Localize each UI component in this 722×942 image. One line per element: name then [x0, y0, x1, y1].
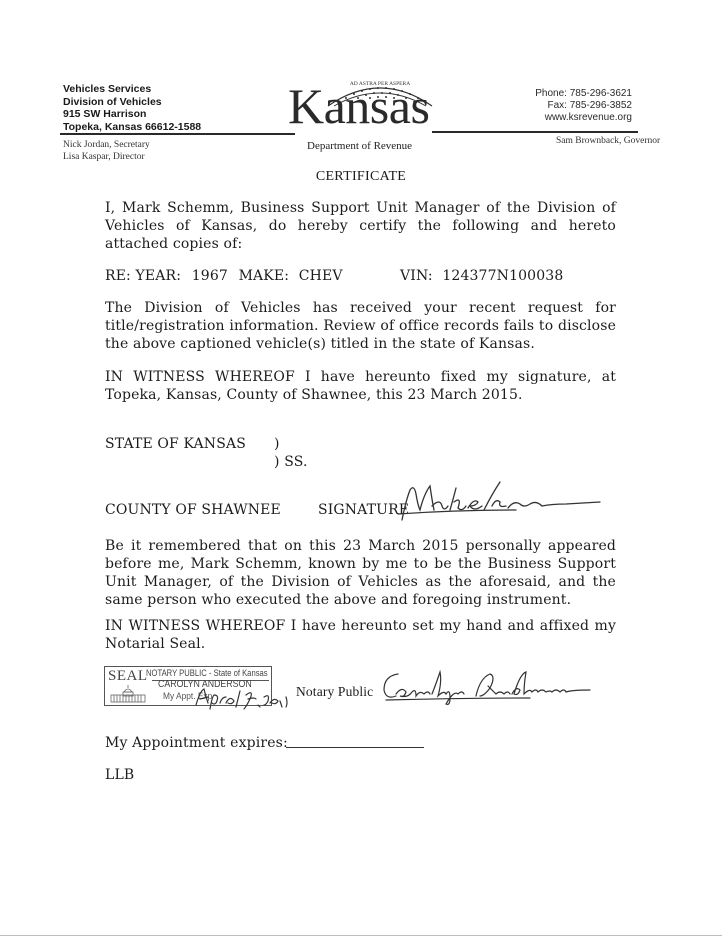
org-line: Division of Vehicles	[63, 96, 201, 109]
officials: Nick Jordan, Secretary Lisa Kaspar, Dire…	[63, 140, 150, 163]
state-label: STATE OF KANSAS	[105, 436, 246, 452]
typist-initials: LLB	[105, 767, 134, 783]
venue-paren: )	[274, 436, 280, 452]
organization-address: Vehicles Services Division of Vehicles 9…	[63, 83, 201, 133]
venue-ss: ) SS.	[274, 454, 308, 470]
governor: Sam Brownback, Governor	[556, 136, 660, 146]
county-label: COUNTY OF SHAWNEE	[105, 502, 281, 518]
header-rule-right	[432, 131, 638, 133]
re-year-label: RE: YEAR:	[105, 268, 181, 284]
notary-public-label: Notary Public	[296, 684, 373, 700]
logo-wordmark: Kansas	[288, 80, 429, 132]
department-name: Department of Revenue	[307, 140, 412, 152]
org-line: Vehicles Services	[63, 83, 201, 96]
secretary: Nick Jordan, Secretary	[63, 140, 150, 152]
header-rule-left	[60, 133, 295, 135]
remembered-paragraph: Be it remembered that on this 23 March 2…	[105, 537, 616, 609]
finding-paragraph: The Division of Vehicles has received yo…	[105, 299, 616, 353]
intro-paragraph: I, Mark Schemm, Business Support Unit Ma…	[105, 199, 616, 253]
vin-info: VIN: 124377N100038	[400, 268, 563, 284]
phone: Phone: 785-296-3621	[535, 88, 632, 100]
vehicle-info: RE: YEAR: 1967 MAKE: CHEV	[105, 268, 343, 284]
seal-label: SEAL	[108, 668, 148, 685]
kansas-logo: AD ASTRA PER ASPERA Kansas	[288, 76, 438, 132]
appointment-blank-line	[286, 747, 424, 748]
scan-edge-line	[0, 935, 722, 936]
org-line: Topeka, Kansas 66612-1588	[63, 121, 201, 134]
handwritten-expiry-date	[192, 683, 298, 711]
org-line: 915 SW Harrison	[63, 108, 201, 121]
capitol-building-icon	[109, 684, 147, 703]
vin-number: 124377N100038	[442, 268, 563, 284]
make-label: MAKE:	[239, 268, 290, 284]
vehicle-year: 1967	[192, 268, 228, 284]
vin-label: VIN:	[400, 268, 433, 284]
notary-stamp-line1: NOTARY PUBLIC - State of Kansas	[146, 668, 268, 678]
vehicle-make: CHEV	[299, 268, 343, 284]
director: Lisa Kaspar, Director	[63, 152, 150, 164]
fax: Fax: 785-296-3852	[535, 100, 632, 112]
witness-paragraph-2: IN WITNESS WHEREOF I have hereunto set m…	[105, 617, 616, 653]
website: www.ksrevenue.org	[535, 112, 632, 124]
official-signature	[396, 480, 606, 524]
appointment-label: My Appointment expires:	[105, 735, 288, 751]
contact-info: Phone: 785-296-3621 Fax: 785-296-3852 ww…	[535, 88, 632, 124]
certificate-title: CERTIFICATE	[0, 169, 722, 185]
witness-paragraph-1: IN WITNESS WHEREOF I have hereunto fixed…	[105, 368, 616, 404]
notary-signature	[380, 668, 596, 708]
